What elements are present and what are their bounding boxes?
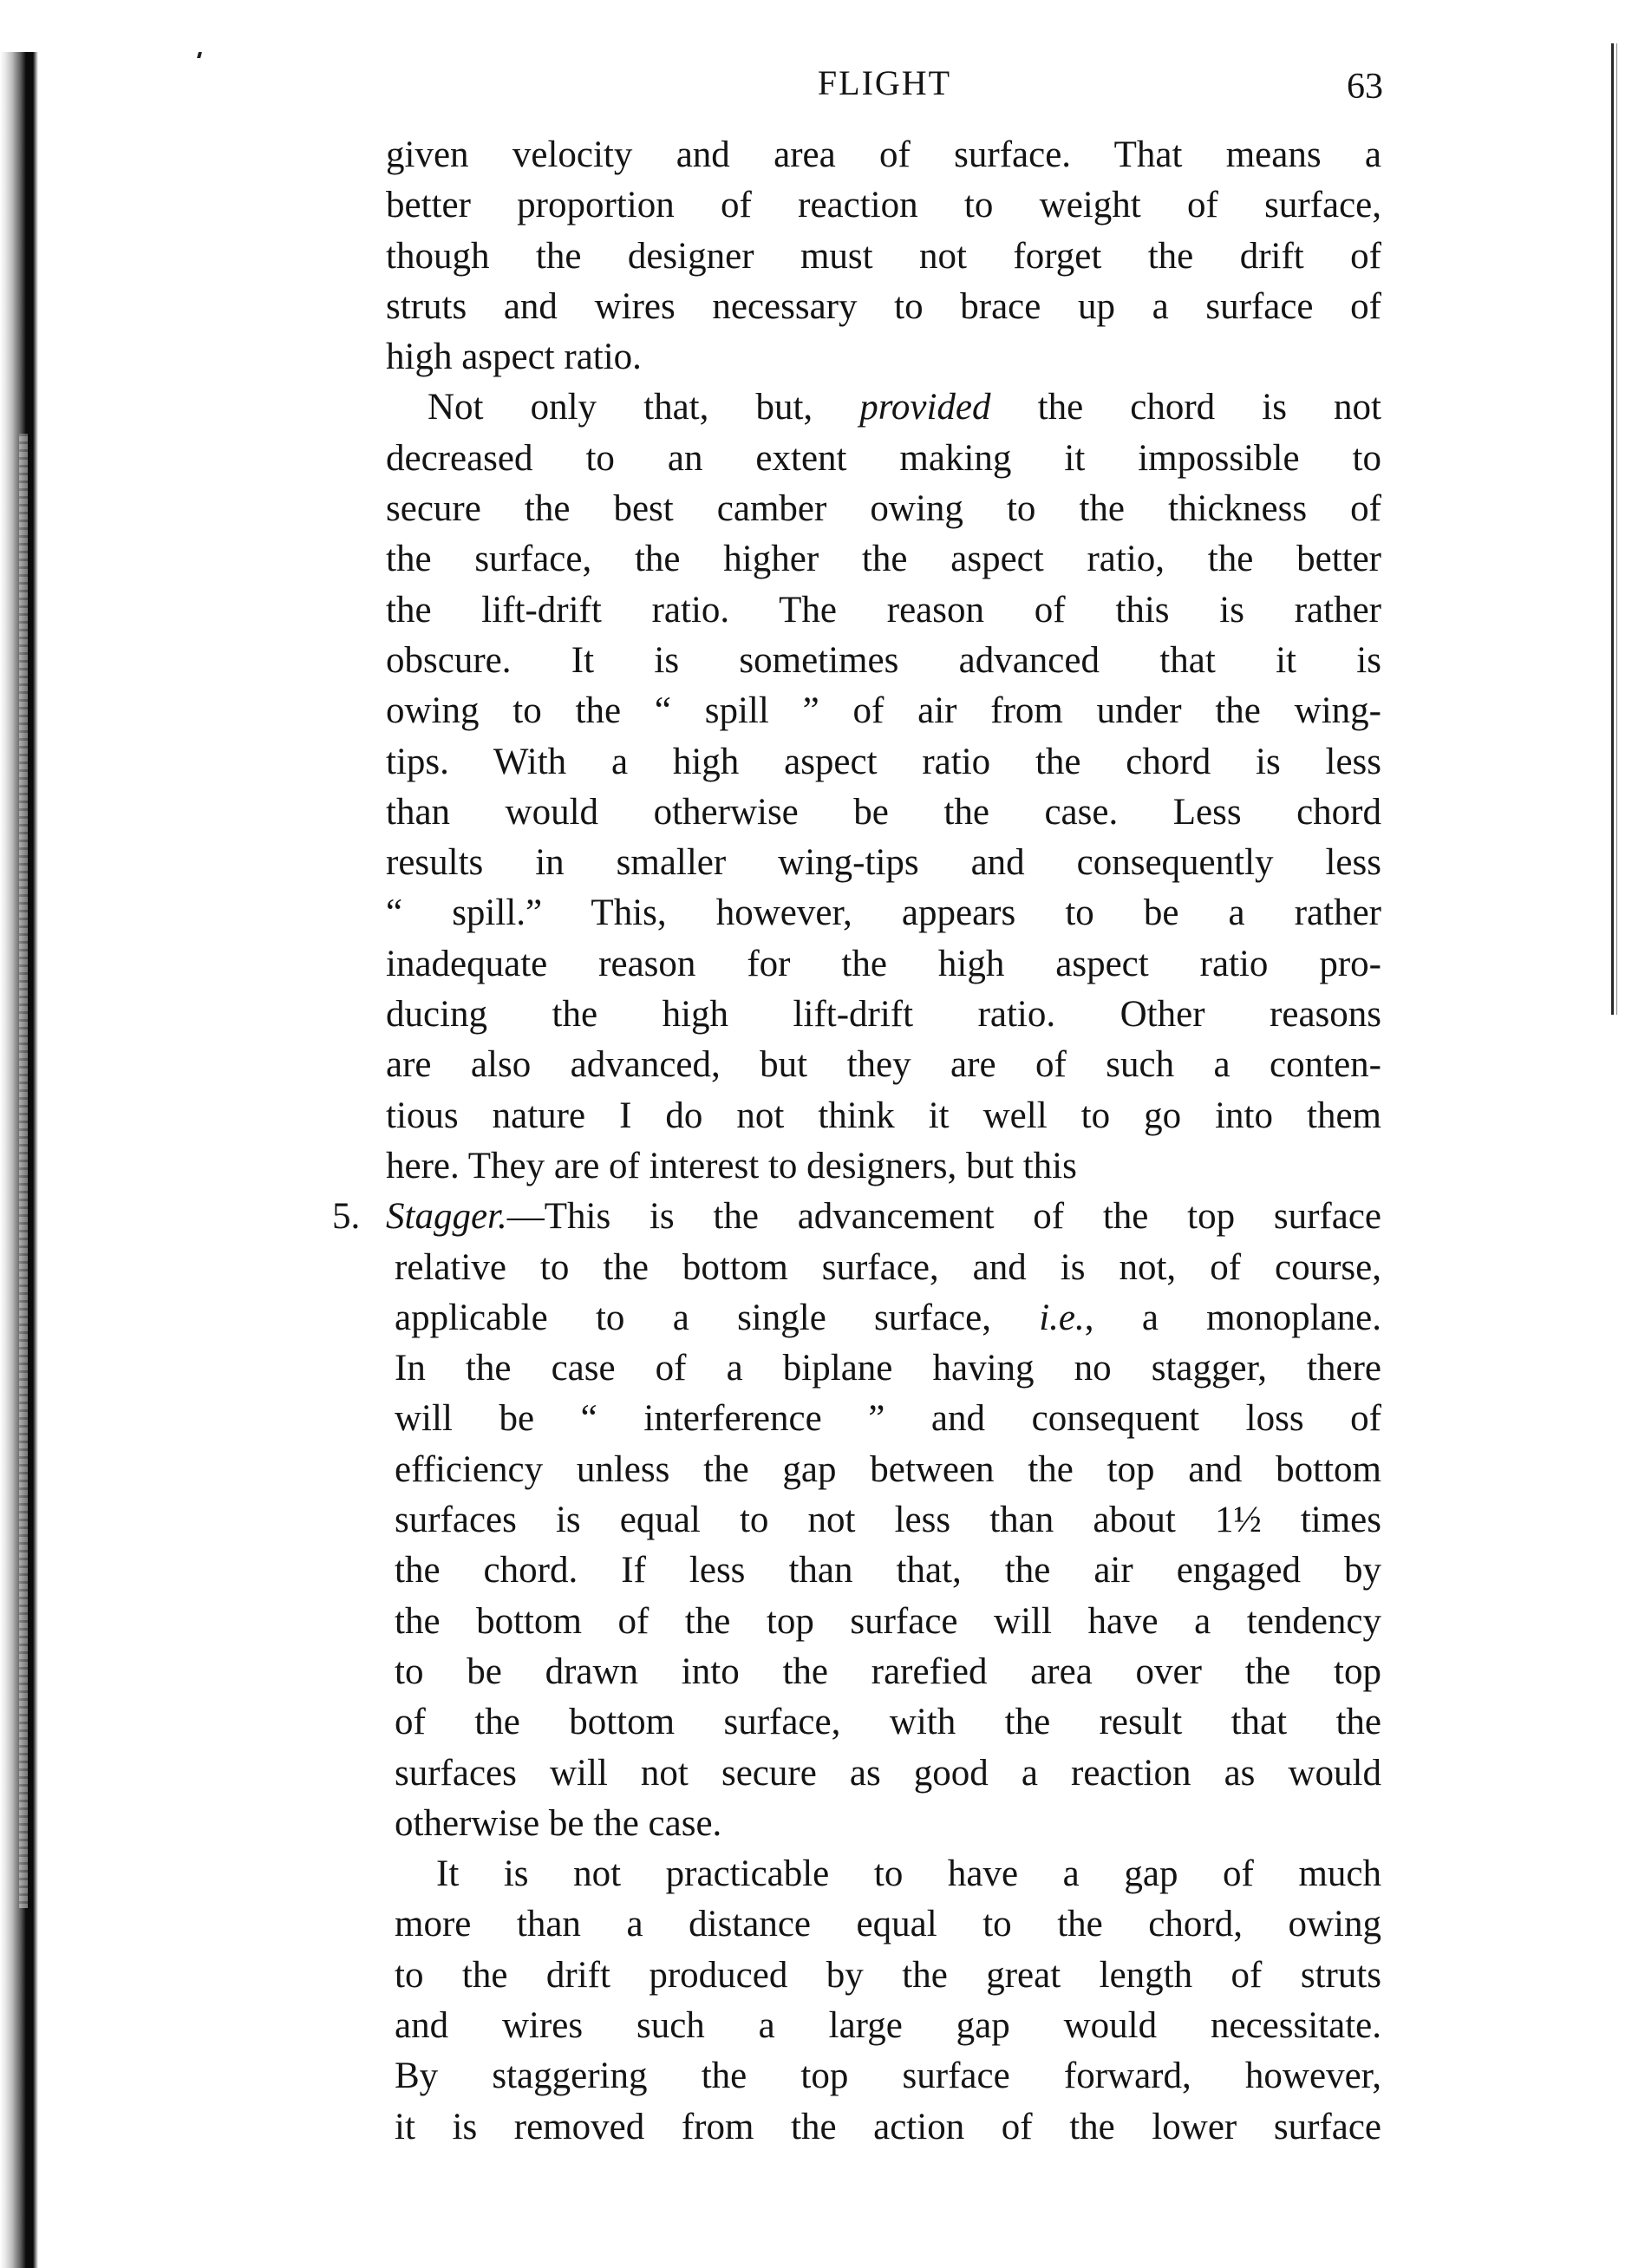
page-edge-rule-thin bbox=[1616, 43, 1617, 1015]
text-line: it is removed from the action of the low… bbox=[395, 2102, 1381, 2153]
text-line: “ spill.” This, however, appears to be a… bbox=[386, 888, 1381, 938]
text-line: tious nature I do not think it well to g… bbox=[386, 1091, 1381, 1141]
text-line: the surface, the higher the aspect ratio… bbox=[386, 534, 1381, 585]
text-line: more than a distance equal to the chord,… bbox=[395, 1899, 1381, 1950]
text-line: given velocity and area of surface. That… bbox=[386, 130, 1381, 180]
text-line: surfaces will not secure as good a react… bbox=[386, 1748, 1381, 1799]
item-heading-stagger: Stagger. bbox=[386, 1196, 507, 1237]
text-run: , a monoplane. bbox=[1085, 1297, 1381, 1338]
numbered-item-stagger: 5.Stagger.—This is the advancement of th… bbox=[386, 1192, 1381, 1849]
text-line: of the bottom surface, with the result t… bbox=[386, 1697, 1381, 1748]
paragraph: It is not practicable to have a gap of m… bbox=[386, 1849, 1381, 2153]
text-line: inadequate reason for the high aspect ra… bbox=[386, 939, 1381, 990]
text-line: though the designer must not forget the … bbox=[386, 232, 1381, 282]
text-line: to be drawn into the rarefied area over … bbox=[386, 1647, 1381, 1697]
text-line: ducing the high lift-drift ratio. Other … bbox=[386, 990, 1381, 1040]
paragraph: given velocity and area of surface. That… bbox=[386, 130, 1381, 382]
text-line: and wires such a large gap would necessi… bbox=[395, 2001, 1381, 2051]
text-line: obscure. It is sometimes advanced that i… bbox=[386, 636, 1381, 686]
paragraph: Not only that, but, provided the chord i… bbox=[386, 382, 1381, 1192]
text-line: surfaces is equal to not less than about… bbox=[386, 1495, 1381, 1546]
text-run: Not only that, but, bbox=[428, 387, 859, 428]
text-line: to the drift produced by the great lengt… bbox=[395, 1951, 1381, 2001]
text-line: the bottom of the top surface will have … bbox=[386, 1597, 1381, 1647]
text-line: By staggering the top surface forward, h… bbox=[395, 2051, 1381, 2101]
page-header: FLIGHT 63 bbox=[386, 62, 1383, 114]
text-line: It is not practicable to have a gap of m… bbox=[395, 1849, 1381, 1899]
binding-texture bbox=[19, 434, 28, 1908]
text-run: applicable to a single surface, bbox=[395, 1297, 1039, 1338]
text-line: are also advanced, but they are of such … bbox=[386, 1040, 1381, 1090]
text-line: the chord. If less than that, the air en… bbox=[386, 1546, 1381, 1596]
text-line: secure the best camber owing to the thic… bbox=[386, 484, 1381, 534]
text-line: In the case of a biplane having no stagg… bbox=[386, 1343, 1381, 1394]
page-edge-rule bbox=[1611, 43, 1614, 1015]
text-line: struts and wires necessary to brace up a… bbox=[386, 282, 1381, 332]
page-number: 63 bbox=[1347, 66, 1383, 108]
page-body: given velocity and area of surface. That… bbox=[386, 130, 1381, 2153]
scan-speck bbox=[197, 52, 202, 58]
text-line: relative to the bottom surface, and is n… bbox=[386, 1243, 1381, 1293]
text-line: here. They are of interest to designers,… bbox=[386, 1141, 1381, 1192]
text-line: efficiency unless the gap between the to… bbox=[386, 1445, 1381, 1495]
text-line: Not only that, but, provided the chord i… bbox=[386, 382, 1381, 433]
text-line: than would otherwise be the case. Less c… bbox=[386, 788, 1381, 838]
text-line: high aspect ratio. bbox=[386, 332, 1381, 382]
text-line: the lift-drift ratio. The reason of this… bbox=[386, 585, 1381, 636]
text-line: otherwise be the case. bbox=[386, 1799, 1381, 1849]
item-number: 5. bbox=[332, 1192, 360, 1242]
text-run: the chord is not bbox=[991, 387, 1381, 428]
text-line: 5.Stagger.—This is the advancement of th… bbox=[386, 1192, 1381, 1242]
text-run: —This is the advancement of the top surf… bbox=[507, 1196, 1381, 1237]
text-line: applicable to a single surface, i.e., a … bbox=[386, 1293, 1381, 1343]
emphasis-provided: provided bbox=[859, 387, 990, 428]
emphasis-ie: i.e. bbox=[1039, 1297, 1085, 1338]
text-line: will be “ interference ” and consequent … bbox=[386, 1394, 1381, 1444]
text-line: tips. With a high aspect ratio the chord… bbox=[386, 737, 1381, 788]
text-line: owing to the “ spill ” of air from under… bbox=[386, 686, 1381, 736]
text-line: results in smaller wing-tips and consequ… bbox=[386, 838, 1381, 888]
running-head: FLIGHT bbox=[386, 62, 1383, 103]
text-line: better proportion of reaction to weight … bbox=[386, 180, 1381, 231]
text-line: decreased to an extent making it impossi… bbox=[386, 434, 1381, 484]
